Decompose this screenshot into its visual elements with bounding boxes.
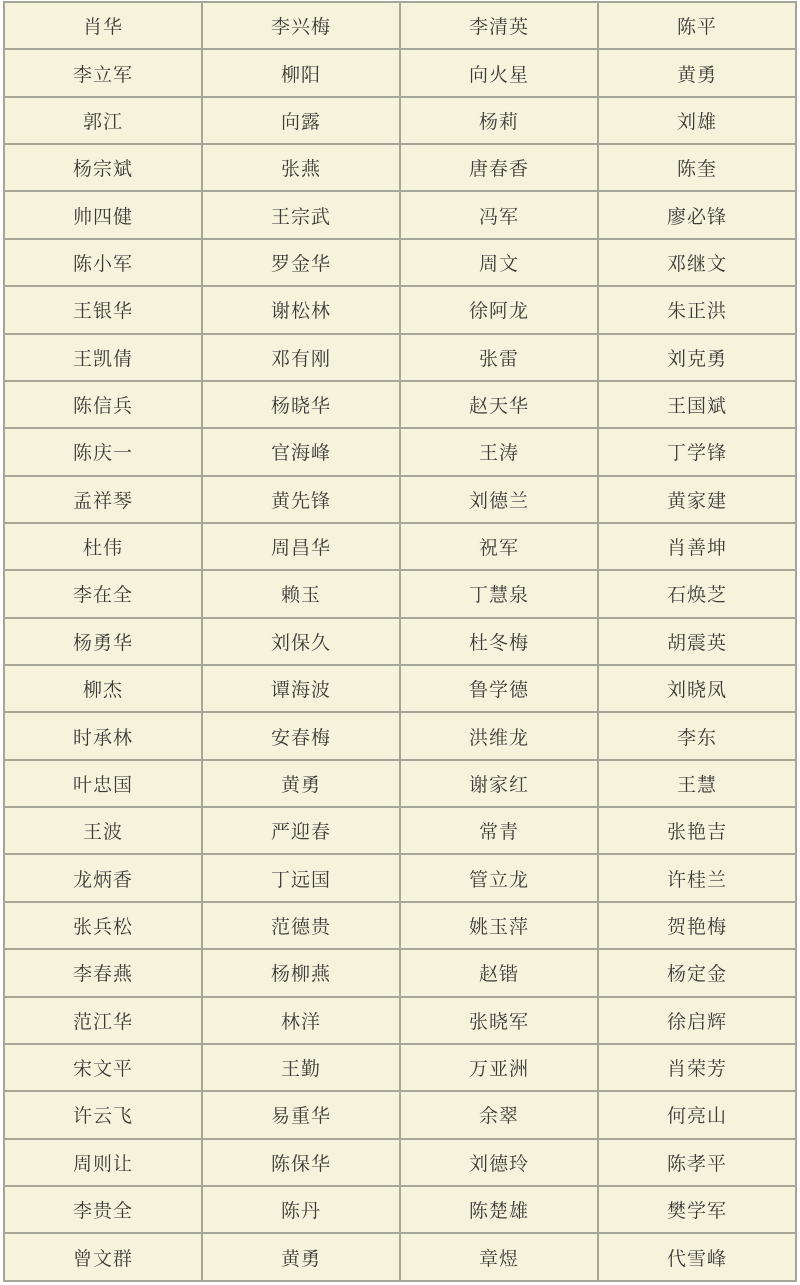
name-cell: 王涛 [400, 428, 598, 475]
name-cell: 周昌华 [202, 523, 400, 570]
name-cell: 冯军 [400, 191, 598, 238]
table-row: 陈庆一官海峰王涛丁学锋 [4, 428, 796, 475]
name-cell: 陈奎 [598, 144, 796, 191]
name-cell: 肖善坤 [598, 523, 796, 570]
name-table: 肖华李兴梅李清英陈平李立军柳阳向火星黄勇郭江向露杨莉刘雄杨宗斌张燕唐春香陈奎帅四… [3, 1, 797, 1282]
name-cell: 陈信兵 [4, 381, 202, 428]
name-cell: 赵天华 [400, 381, 598, 428]
name-cell: 严迎春 [202, 807, 400, 854]
name-cell: 张艳吉 [598, 807, 796, 854]
table-row: 帅四健王宗武冯军廖必锋 [4, 191, 796, 238]
name-cell: 杨晓华 [202, 381, 400, 428]
name-cell: 赵锴 [400, 949, 598, 996]
table-row: 许云飞易重华余翠何亮山 [4, 1091, 796, 1138]
name-cell: 黄家建 [598, 476, 796, 523]
name-cell: 周文 [400, 239, 598, 286]
name-cell: 杨勇华 [4, 618, 202, 665]
name-cell: 易重华 [202, 1091, 400, 1138]
name-cell: 谢松林 [202, 286, 400, 333]
name-cell: 王银华 [4, 286, 202, 333]
name-cell: 谢家红 [400, 760, 598, 807]
name-cell: 陈丹 [202, 1186, 400, 1233]
table-row: 杜伟周昌华祝军肖善坤 [4, 523, 796, 570]
name-cell: 丁慧泉 [400, 570, 598, 617]
name-cell: 刘保久 [202, 618, 400, 665]
name-cell: 罗金华 [202, 239, 400, 286]
name-cell: 周则让 [4, 1139, 202, 1186]
name-cell: 谭海波 [202, 665, 400, 712]
name-cell: 李立军 [4, 49, 202, 96]
table-row: 时承林安春梅洪维龙李东 [4, 712, 796, 759]
name-cell: 陈平 [598, 2, 796, 49]
name-cell: 帅四健 [4, 191, 202, 238]
name-cell: 官海峰 [202, 428, 400, 475]
name-cell: 柳阳 [202, 49, 400, 96]
name-cell: 张燕 [202, 144, 400, 191]
name-cell: 祝军 [400, 523, 598, 570]
name-cell: 柳杰 [4, 665, 202, 712]
name-cell: 章煜 [400, 1233, 598, 1281]
table-row: 张兵松范德贵姚玉萍贺艳梅 [4, 902, 796, 949]
table-row: 李春燕杨柳燕赵锴杨定金 [4, 949, 796, 996]
name-cell: 陈孝平 [598, 1139, 796, 1186]
name-cell: 刘晓凤 [598, 665, 796, 712]
name-cell: 曾文群 [4, 1233, 202, 1281]
name-cell: 范江华 [4, 997, 202, 1044]
name-cell: 向火星 [400, 49, 598, 96]
name-cell: 许桂兰 [598, 854, 796, 901]
name-cell: 李兴梅 [202, 2, 400, 49]
name-cell: 李东 [598, 712, 796, 759]
name-cell: 刘雄 [598, 97, 796, 144]
name-cell: 徐启辉 [598, 997, 796, 1044]
name-cell: 孟祥琴 [4, 476, 202, 523]
table-row: 李立军柳阳向火星黄勇 [4, 49, 796, 96]
name-cell: 杨宗斌 [4, 144, 202, 191]
name-cell: 黄勇 [598, 49, 796, 96]
name-cell: 郭江 [4, 97, 202, 144]
name-cell: 石焕芝 [598, 570, 796, 617]
name-cell: 胡震英 [598, 618, 796, 665]
name-cell: 余翠 [400, 1091, 598, 1138]
table-row: 周则让陈保华刘德玲陈孝平 [4, 1139, 796, 1186]
name-cell: 李清英 [400, 2, 598, 49]
name-cell: 万亚洲 [400, 1044, 598, 1091]
name-cell: 黄先锋 [202, 476, 400, 523]
name-cell: 叶忠国 [4, 760, 202, 807]
name-cell: 王凯倩 [4, 334, 202, 381]
name-cell: 宋文平 [4, 1044, 202, 1091]
name-cell: 徐阿龙 [400, 286, 598, 333]
name-cell: 王慧 [598, 760, 796, 807]
table-row: 王凯倩邓有刚张雷刘克勇 [4, 334, 796, 381]
name-cell: 鲁学德 [400, 665, 598, 712]
name-cell: 赖玉 [202, 570, 400, 617]
table-row: 王波严迎春常青张艳吉 [4, 807, 796, 854]
table-row: 杨宗斌张燕唐春香陈奎 [4, 144, 796, 191]
name-cell: 陈小军 [4, 239, 202, 286]
name-cell: 廖必锋 [598, 191, 796, 238]
name-cell: 陈庆一 [4, 428, 202, 475]
name-cell: 林洋 [202, 997, 400, 1044]
table-row: 曾文群黄勇章煜代雪峰 [4, 1233, 796, 1281]
name-cell: 洪维龙 [400, 712, 598, 759]
table-row: 叶忠国黄勇谢家红王慧 [4, 760, 796, 807]
name-cell: 代雪峰 [598, 1233, 796, 1281]
name-cell: 陈楚雄 [400, 1186, 598, 1233]
name-cell: 张晓军 [400, 997, 598, 1044]
name-cell: 肖华 [4, 2, 202, 49]
name-cell: 张兵松 [4, 902, 202, 949]
name-cell: 管立龙 [400, 854, 598, 901]
name-cell: 李在全 [4, 570, 202, 617]
table-row: 孟祥琴黄先锋刘德兰黄家建 [4, 476, 796, 523]
name-cell: 杨定金 [598, 949, 796, 996]
table-row: 李贵全陈丹陈楚雄樊学军 [4, 1186, 796, 1233]
name-cell: 杜冬梅 [400, 618, 598, 665]
table-row: 宋文平王勤万亚洲肖荣芳 [4, 1044, 796, 1091]
table-row: 柳杰谭海波鲁学德刘晓凤 [4, 665, 796, 712]
name-cell: 时承林 [4, 712, 202, 759]
name-cell: 刘德玲 [400, 1139, 598, 1186]
name-cell: 黄勇 [202, 760, 400, 807]
name-cell: 樊学军 [598, 1186, 796, 1233]
table-row: 陈信兵杨晓华赵天华王国斌 [4, 381, 796, 428]
name-cell: 李贵全 [4, 1186, 202, 1233]
name-cell: 唐春香 [400, 144, 598, 191]
table-row: 肖华李兴梅李清英陈平 [4, 2, 796, 49]
name-cell: 邓有刚 [202, 334, 400, 381]
table-row: 王银华谢松林徐阿龙朱正洪 [4, 286, 796, 333]
name-cell: 姚玉萍 [400, 902, 598, 949]
name-cell: 邓继文 [598, 239, 796, 286]
name-cell: 向露 [202, 97, 400, 144]
name-cell: 李春燕 [4, 949, 202, 996]
name-cell: 杨莉 [400, 97, 598, 144]
name-cell: 刘克勇 [598, 334, 796, 381]
name-cell: 安春梅 [202, 712, 400, 759]
name-cell: 贺艳梅 [598, 902, 796, 949]
table-row: 郭江向露杨莉刘雄 [4, 97, 796, 144]
name-cell: 王宗武 [202, 191, 400, 238]
name-cell: 许云飞 [4, 1091, 202, 1138]
table-row: 范江华林洋张晓军徐启辉 [4, 997, 796, 1044]
name-cell: 张雷 [400, 334, 598, 381]
name-cell: 肖荣芳 [598, 1044, 796, 1091]
name-cell: 王勤 [202, 1044, 400, 1091]
name-table-body: 肖华李兴梅李清英陈平李立军柳阳向火星黄勇郭江向露杨莉刘雄杨宗斌张燕唐春香陈奎帅四… [4, 2, 796, 1281]
table-row: 杨勇华刘保久杜冬梅胡震英 [4, 618, 796, 665]
name-cell: 黄勇 [202, 1233, 400, 1281]
table-row: 李在全赖玉丁慧泉石焕芝 [4, 570, 796, 617]
name-cell: 丁远国 [202, 854, 400, 901]
table-row: 龙炳香丁远国管立龙许桂兰 [4, 854, 796, 901]
name-cell: 王波 [4, 807, 202, 854]
table-row: 陈小军罗金华周文邓继文 [4, 239, 796, 286]
name-cell: 杨柳燕 [202, 949, 400, 996]
name-cell: 杜伟 [4, 523, 202, 570]
name-cell: 常青 [400, 807, 598, 854]
name-cell: 王国斌 [598, 381, 796, 428]
name-cell: 何亮山 [598, 1091, 796, 1138]
name-cell: 朱正洪 [598, 286, 796, 333]
name-cell: 龙炳香 [4, 854, 202, 901]
name-cell: 陈保华 [202, 1139, 400, 1186]
name-cell: 范德贵 [202, 902, 400, 949]
name-cell: 丁学锋 [598, 428, 796, 475]
name-cell: 刘德兰 [400, 476, 598, 523]
page: 肖华李兴梅李清英陈平李立军柳阳向火星黄勇郭江向露杨莉刘雄杨宗斌张燕唐春香陈奎帅四… [0, 0, 800, 1285]
